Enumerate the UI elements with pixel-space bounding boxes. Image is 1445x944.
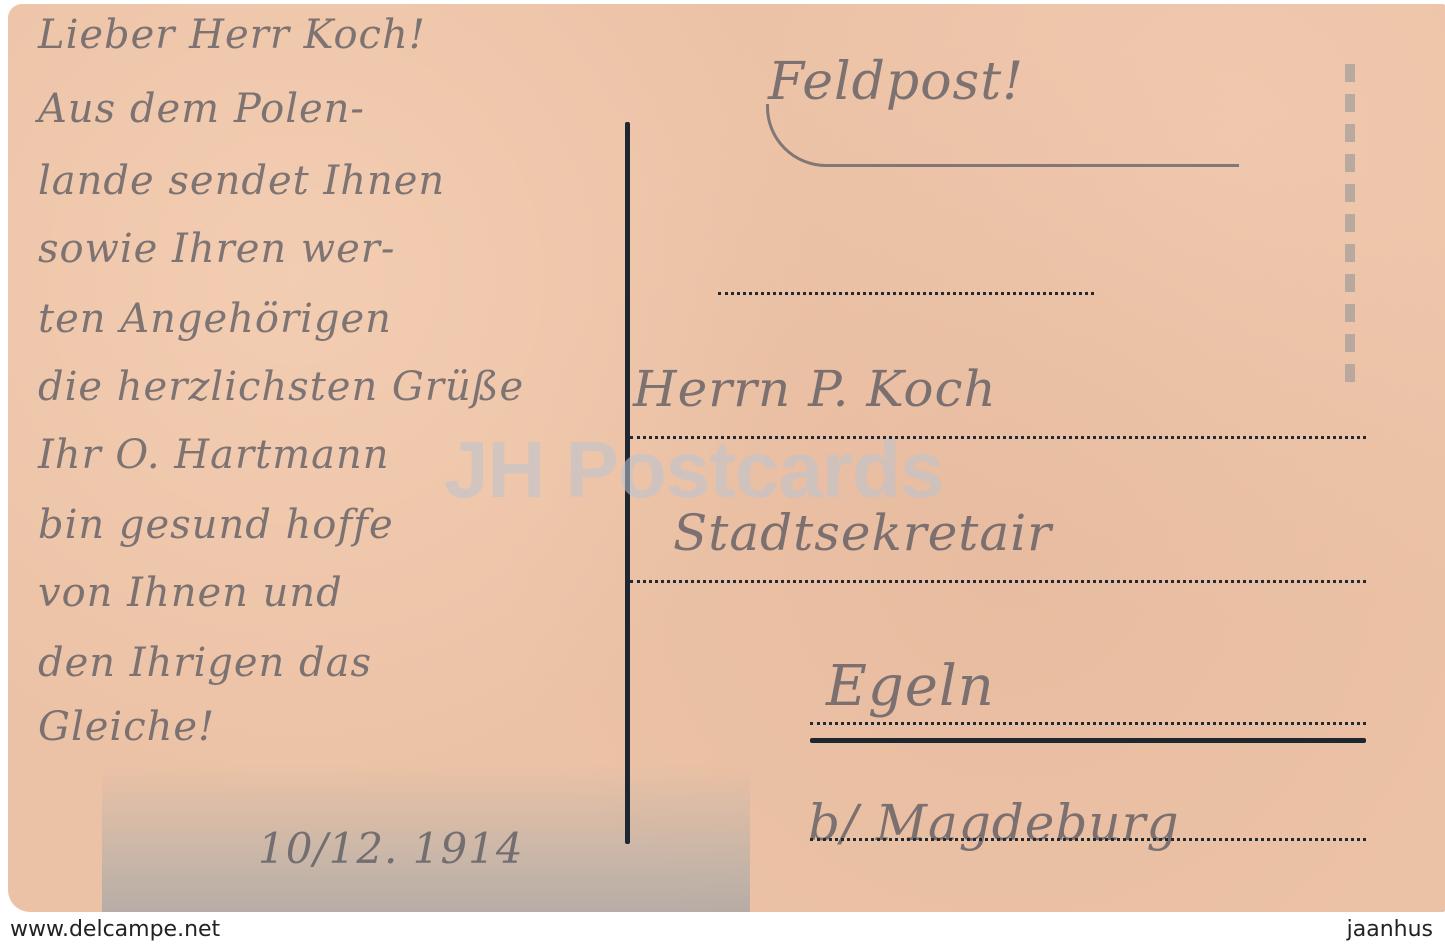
message-line: die herzlichsten Grüße [38, 364, 524, 410]
dotted-line [810, 838, 1366, 841]
dotted-line [810, 722, 1366, 725]
message-line: Lieber Herr Koch! [38, 12, 426, 58]
message-line: den Ihrigen das [38, 640, 372, 686]
header-underline [766, 104, 1239, 167]
address-line: Herrn P. Koch [633, 360, 997, 418]
message-line: Aus dem Polen- [38, 86, 365, 132]
message-line: lande sendet Ihnen [38, 158, 445, 204]
message-line: sowie Ihren wer- [38, 226, 395, 272]
message-line: ten Angehörigen [38, 296, 392, 342]
source-label: www.delcampe.net [10, 917, 220, 942]
postcard: Lieber Herr Koch! Aus dem Polen- lande s… [8, 4, 1445, 912]
faded-edge-marks [1345, 64, 1355, 384]
seller-label: jaanhus [1347, 917, 1433, 942]
message-line: von Ihnen und [38, 570, 343, 616]
address-line: b/ Magdeburg [808, 794, 1179, 852]
watermark: JH Postcards [444, 424, 943, 516]
feldpost-header: Feldpost! [768, 52, 1024, 112]
solid-line [810, 738, 1366, 743]
address-line: Egeln [826, 654, 995, 719]
dotted-line [718, 292, 1094, 295]
message-line: bin gesund hoffe [38, 502, 394, 548]
dotted-line [630, 580, 1366, 583]
message-line: Gleiche! [38, 704, 215, 750]
message-line: Ihr O. Hartmann [38, 432, 390, 478]
date-text: 10/12. 1914 [258, 824, 524, 873]
